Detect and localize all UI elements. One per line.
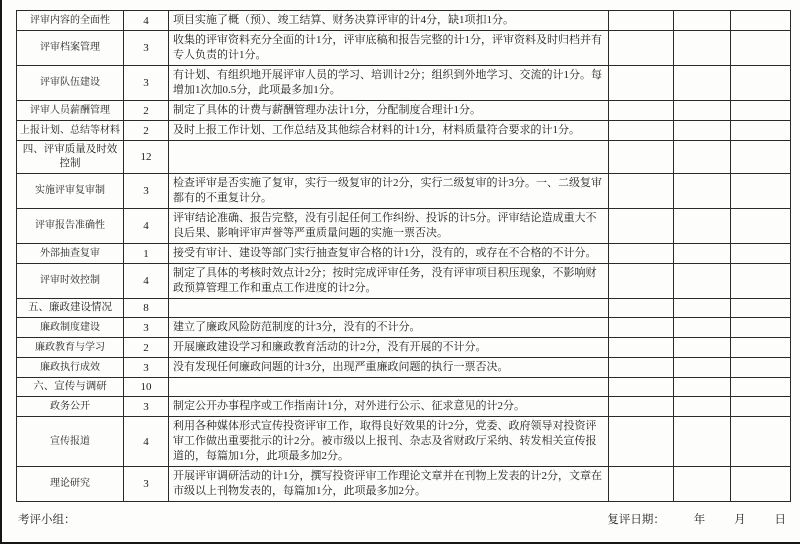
item-name-cell: 理论研究 <box>17 467 124 502</box>
empty-score-cell-3 <box>731 299 791 318</box>
empty-score-cell-2 <box>674 141 731 174</box>
empty-score-cell-3 <box>731 11 791 31</box>
item-name-cell: 评审内容的全面性 <box>17 11 124 31</box>
empty-score-cell-1 <box>609 318 674 338</box>
empty-score-cell-3 <box>731 31 791 66</box>
empty-score-cell-1 <box>609 101 674 121</box>
empty-score-cell-3 <box>731 467 791 502</box>
empty-score-cell-3 <box>731 318 791 338</box>
score-value-cell: 12 <box>124 141 169 174</box>
item-name-cell: 廉政制度建设 <box>17 318 124 338</box>
item-name-cell: 六、宣传与调研 <box>17 378 124 397</box>
empty-score-cell-3 <box>731 209 791 244</box>
evaluation-group-label: 考评小组： <box>18 511 76 527</box>
score-value-cell: 2 <box>124 338 169 358</box>
empty-score-cell-1 <box>609 209 674 244</box>
year-label: 年 <box>694 514 706 526</box>
empty-score-cell-1 <box>609 299 674 318</box>
empty-score-cell-2 <box>674 397 731 417</box>
scoring-criteria-cell: 及时上报工作计划、工作总结及其他综合材料的计1分，材料质量符合要求的计1分。 <box>169 121 609 141</box>
empty-score-cell-2 <box>674 467 731 502</box>
score-value-cell: 4 <box>124 264 169 299</box>
empty-score-cell-2 <box>674 417 731 467</box>
table-row: 评审人员薪酬管理 2 制定了具体的计费与薪酬管理办法计1分，分配制度合理计1分。 <box>17 101 791 121</box>
empty-score-cell-2 <box>674 378 731 397</box>
score-value-cell: 3 <box>124 358 169 378</box>
table-row: 廉政教育与学习 2 开展廉政建设学习和廉政教育活动的计2分，没有开展的不计分。 <box>17 338 791 358</box>
empty-score-cell-3 <box>731 378 791 397</box>
empty-score-cell-2 <box>674 66 731 101</box>
score-value-cell: 3 <box>124 318 169 338</box>
table-row: 上报计划、总结等材料 2 及时上报工作计划、工作总结及其他综合材料的计1分，材料… <box>17 121 791 141</box>
empty-score-cell-1 <box>609 378 674 397</box>
scoring-criteria-cell: 制定了具体的考核时效点计2分；按时完成评审任务，没有评审项目积压现象，不影响财政… <box>169 264 609 299</box>
page-footer: 考评小组： 复评日期： 年 月 日 <box>18 511 786 527</box>
empty-score-cell-2 <box>674 338 731 358</box>
table-row: 评审内容的全面性 4 项目实施了概（预）、竣工结算、财务决算评审的计4分，缺1项… <box>17 11 791 31</box>
empty-score-cell-2 <box>674 299 731 318</box>
empty-score-cell-3 <box>731 141 791 174</box>
review-date-line: 复评日期： 年 月 日 <box>607 511 786 527</box>
empty-score-cell-1 <box>609 11 674 31</box>
score-value-cell: 2 <box>124 101 169 121</box>
empty-score-cell-2 <box>674 31 731 66</box>
item-name-cell: 评审时效控制 <box>17 264 124 299</box>
item-name-cell: 四、评审质量及时效控制 <box>17 141 124 174</box>
score-value-cell: 3 <box>124 66 169 101</box>
item-name-cell: 政务公开 <box>17 397 124 417</box>
scoring-criteria-cell: 收集的评审资料充分全面的计1分，评审底稿和报告完整的计1分，评审资料及时归档并有… <box>169 31 609 66</box>
score-value-cell: 4 <box>124 209 169 244</box>
page-left-border-line <box>0 0 2 544</box>
scoring-criteria-cell: 检查评审是否实施了复审，实行一级复审的计2分，实行二级复审的计3分。一、二级复审… <box>169 174 609 209</box>
score-value-cell: 3 <box>124 467 169 502</box>
scoring-criteria-cell: 项目实施了概（预）、竣工结算、财务决算评审的计4分，缺1项扣1分。 <box>169 11 609 31</box>
scoring-criteria-cell: 接受有审计、建设等部门实行抽查复审合格的计1分，没有的，或存在不合格的不计分。 <box>169 244 609 264</box>
table-row: 评审时效控制 4 制定了具体的考核时效点计2分；按时完成评审任务，没有评审项目积… <box>17 264 791 299</box>
table-row: 实施评审复审制 3 检查评审是否实施了复审，实行一级复审的计2分，实行二级复审的… <box>17 174 791 209</box>
table-row: 廉政制度建设 3 建立了廉政风险防范制度的计3分，没有的不计分。 <box>17 318 791 338</box>
empty-score-cell-1 <box>609 31 674 66</box>
scoring-criteria-cell: 评审结论准确、报告完整，没有引起任何工作纠纷、投诉的计5分。评审结论造成重大不良… <box>169 209 609 244</box>
empty-score-cell-1 <box>609 121 674 141</box>
empty-score-cell-2 <box>674 244 731 264</box>
empty-score-cell-3 <box>731 264 791 299</box>
scoring-criteria-cell: 有计划、有组织地开展评审人员的学习、培训计2分；组织到外地学习、交流的计1分。每… <box>169 66 609 101</box>
scoring-criteria-cell: 制定公开办事程序或工作指南计1分，对外进行公示、征求意见的计2分。 <box>169 397 609 417</box>
item-name-cell: 上报计划、总结等材料 <box>17 121 124 141</box>
scoring-criteria-cell: 没有发现任何廉政问题的计3分，出现严重廉政问题的执行一票否决。 <box>169 358 609 378</box>
empty-score-cell-1 <box>609 397 674 417</box>
empty-score-cell-1 <box>609 467 674 502</box>
empty-score-cell-1 <box>609 244 674 264</box>
section-header-row: 四、评审质量及时效控制 12 <box>17 141 791 174</box>
empty-score-cell-2 <box>674 209 731 244</box>
score-value-cell: 4 <box>124 417 169 467</box>
empty-score-cell-2 <box>674 358 731 378</box>
table-row: 评审档案管理 3 收集的评审资料充分全面的计1分，评审底稿和报告完整的计1分，评… <box>17 31 791 66</box>
empty-score-cell-1 <box>609 338 674 358</box>
empty-score-cell-1 <box>609 66 674 101</box>
empty-score-cell-1 <box>609 174 674 209</box>
score-value-cell: 2 <box>124 121 169 141</box>
item-name-cell: 评审人员薪酬管理 <box>17 101 124 121</box>
empty-score-cell-3 <box>731 121 791 141</box>
table-row: 外部抽查复审 1 接受有审计、建设等部门实行抽查复审合格的计1分，没有的，或存在… <box>17 244 791 264</box>
score-value-cell: 8 <box>124 299 169 318</box>
empty-score-cell-3 <box>731 397 791 417</box>
scoring-criteria-cell: 开展评审调研活动的计1分，撰写投资评审工作理论文章并在刊物上发表的计2分，文章在… <box>169 467 609 502</box>
table-row: 宣传报道 4 利用各种媒体形式宣传投资评审工作，取得良好效果的计2分，党委、政府… <box>17 417 791 467</box>
section-header-row: 六、宣传与调研 10 <box>17 378 791 397</box>
evaluation-score-table: 评审内容的全面性 4 项目实施了概（预）、竣工结算、财务决算评审的计4分，缺1项… <box>16 10 791 502</box>
item-name-cell: 实施评审复审制 <box>17 174 124 209</box>
table-row: 评审报告准确性 4 评审结论准确、报告完整，没有引起任何工作纠纷、投诉的计5分。… <box>17 209 791 244</box>
empty-score-cell-3 <box>731 244 791 264</box>
score-value-cell: 3 <box>124 31 169 66</box>
item-name-cell: 外部抽查复审 <box>17 244 124 264</box>
scoring-criteria-cell: 制定了具体的计费与薪酬管理办法计1分，分配制度合理计1分。 <box>169 101 609 121</box>
scoring-criteria-cell <box>169 378 609 397</box>
item-name-cell: 评审档案管理 <box>17 31 124 66</box>
table-row: 评审队伍建设 3 有计划、有组织地开展评审人员的学习、培训计2分；组织到外地学习… <box>17 66 791 101</box>
score-value-cell: 4 <box>124 11 169 31</box>
item-name-cell: 评审队伍建设 <box>17 66 124 101</box>
empty-score-cell-2 <box>674 101 731 121</box>
item-name-cell: 评审报告准确性 <box>17 209 124 244</box>
month-label: 月 <box>734 514 746 526</box>
score-value-cell: 3 <box>124 174 169 209</box>
empty-score-cell-3 <box>731 174 791 209</box>
review-date-label: 复评日期： <box>607 514 665 526</box>
day-label: 日 <box>775 514 787 526</box>
scoring-criteria-cell: 利用各种媒体形式宣传投资评审工作，取得良好效果的计2分，党委、政府领导对投资评审… <box>169 417 609 467</box>
empty-score-cell-3 <box>731 101 791 121</box>
item-name-cell: 宣传报道 <box>17 417 124 467</box>
table-row: 理论研究 3 开展评审调研活动的计1分，撰写投资评审工作理论文章并在刊物上发表的… <box>17 467 791 502</box>
empty-score-cell-1 <box>609 264 674 299</box>
item-name-cell: 五、廉政建设情况 <box>17 299 124 318</box>
section-header-row: 五、廉政建设情况 8 <box>17 299 791 318</box>
empty-score-cell-2 <box>674 11 731 31</box>
score-value-cell: 3 <box>124 397 169 417</box>
item-name-cell: 廉政执行成效 <box>17 358 124 378</box>
scoring-criteria-cell: 建立了廉政风险防范制度的计3分，没有的不计分。 <box>169 318 609 338</box>
score-value-cell: 10 <box>124 378 169 397</box>
empty-score-cell-3 <box>731 417 791 467</box>
item-name-cell: 廉政教育与学习 <box>17 338 124 358</box>
table-row: 政务公开 3 制定公开办事程序或工作指南计1分，对外进行公示、征求意见的计2分。 <box>17 397 791 417</box>
scoring-criteria-cell <box>169 141 609 174</box>
scoring-criteria-cell <box>169 299 609 318</box>
empty-score-cell-1 <box>609 417 674 467</box>
empty-score-cell-2 <box>674 121 731 141</box>
empty-score-cell-3 <box>731 66 791 101</box>
scoring-criteria-cell: 开展廉政建设学习和廉政教育活动的计2分，没有开展的不计分。 <box>169 338 609 358</box>
empty-score-cell-3 <box>731 358 791 378</box>
empty-score-cell-2 <box>674 318 731 338</box>
empty-score-cell-2 <box>674 174 731 209</box>
table-row: 廉政执行成效 3 没有发现任何廉政问题的计3分，出现严重廉政问题的执行一票否决。 <box>17 358 791 378</box>
empty-score-cell-1 <box>609 141 674 174</box>
empty-score-cell-2 <box>674 264 731 299</box>
empty-score-cell-3 <box>731 338 791 358</box>
score-value-cell: 1 <box>124 244 169 264</box>
empty-score-cell-1 <box>609 358 674 378</box>
